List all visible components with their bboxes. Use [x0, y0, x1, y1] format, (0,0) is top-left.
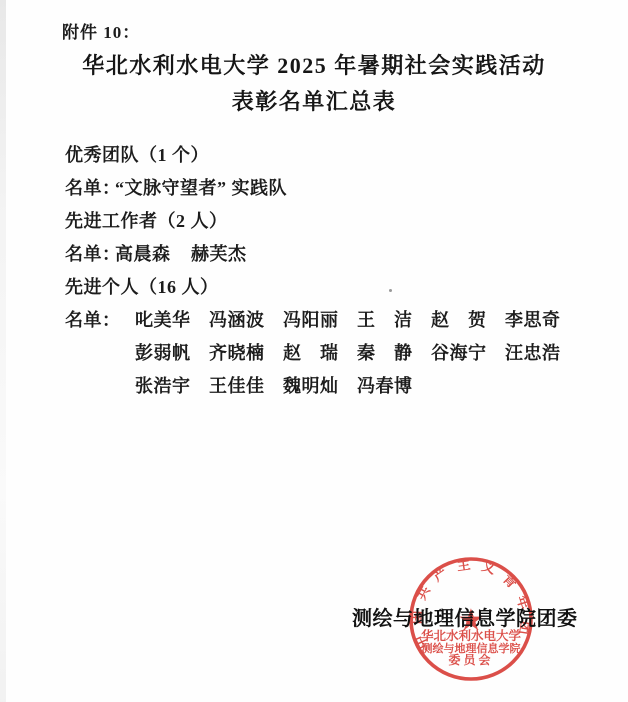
person-name: 冯涵波 [209, 306, 263, 332]
person-name: 谷海宁 [431, 339, 485, 365]
section-heading-advanced-individuals: 先进个人（16 人） [65, 269, 598, 302]
person-name: 齐晓楠 [209, 339, 263, 365]
document-body: 优秀团队（1 个） 名单： “文脉守望者” 实践队 先进工作者（2 人） 名单：… [65, 137, 598, 401]
scan-speckle [389, 289, 392, 292]
person-name: 高晨森 [115, 240, 169, 266]
person-name: 赫芙杰 [191, 240, 245, 266]
person-name: 魏明灿 [283, 372, 337, 398]
names-row-1: 名单： 叱美华 冯涵波 冯阳丽 王 洁 赵 贺 李思奇 [65, 302, 598, 335]
issuing-organization: 测绘与地理信息学院团委 [352, 602, 578, 631]
team-name: “文脉守望者” 实践队 [115, 174, 287, 200]
person-name: 秦 静 [357, 339, 411, 365]
title-line-2: 表彰名单汇总表 [0, 84, 628, 120]
names-row-2: 彭弱帆 齐晓楠 赵 瑞 秦 静 谷海宁 汪忠浩 [65, 335, 598, 368]
person-name: 赵 瑞 [283, 339, 337, 365]
person-name: 李思奇 [505, 306, 559, 332]
document-title: 华北水利水电大学 2025 年暑期社会实践活动 表彰名单汇总表 [0, 48, 628, 120]
list-label: 名单： [65, 240, 115, 266]
person-name: 王 洁 [357, 306, 411, 332]
person-name: 彭弱帆 [135, 339, 189, 365]
title-line-1: 华北水利水电大学 2025 年暑期社会实践活动 [0, 48, 628, 84]
person-name: 张浩宇 [135, 372, 189, 398]
attachment-label: 附件 10： [62, 18, 140, 43]
person-name: 叱美华 [135, 306, 189, 332]
person-name: 赵 贺 [431, 306, 485, 332]
person-name: 冯春博 [357, 372, 411, 398]
person-name: 王佳佳 [209, 372, 263, 398]
list-line-excellent-team: 名单： “文脉守望者” 实践队 [65, 170, 598, 203]
section-heading-excellent-team: 优秀团队（1 个） [65, 137, 598, 170]
person-name: 冯阳丽 [283, 306, 337, 332]
section-heading-advanced-workers: 先进工作者（2 人） [65, 203, 598, 236]
list-line-advanced-workers: 名单： 高晨森 赫芙杰 [65, 236, 598, 269]
list-label: 名单： [65, 174, 115, 200]
seal-line-committee: 委员会 [448, 652, 493, 667]
names-row-3: 张浩宇 王佳佳 魏明灿 冯春博 [65, 368, 598, 401]
person-name: 汪忠浩 [505, 339, 559, 365]
document-page: 附件 10： 华北水利水电大学 2025 年暑期社会实践活动 表彰名单汇总表 优… [0, 0, 628, 702]
list-label: 名单： [65, 306, 115, 332]
